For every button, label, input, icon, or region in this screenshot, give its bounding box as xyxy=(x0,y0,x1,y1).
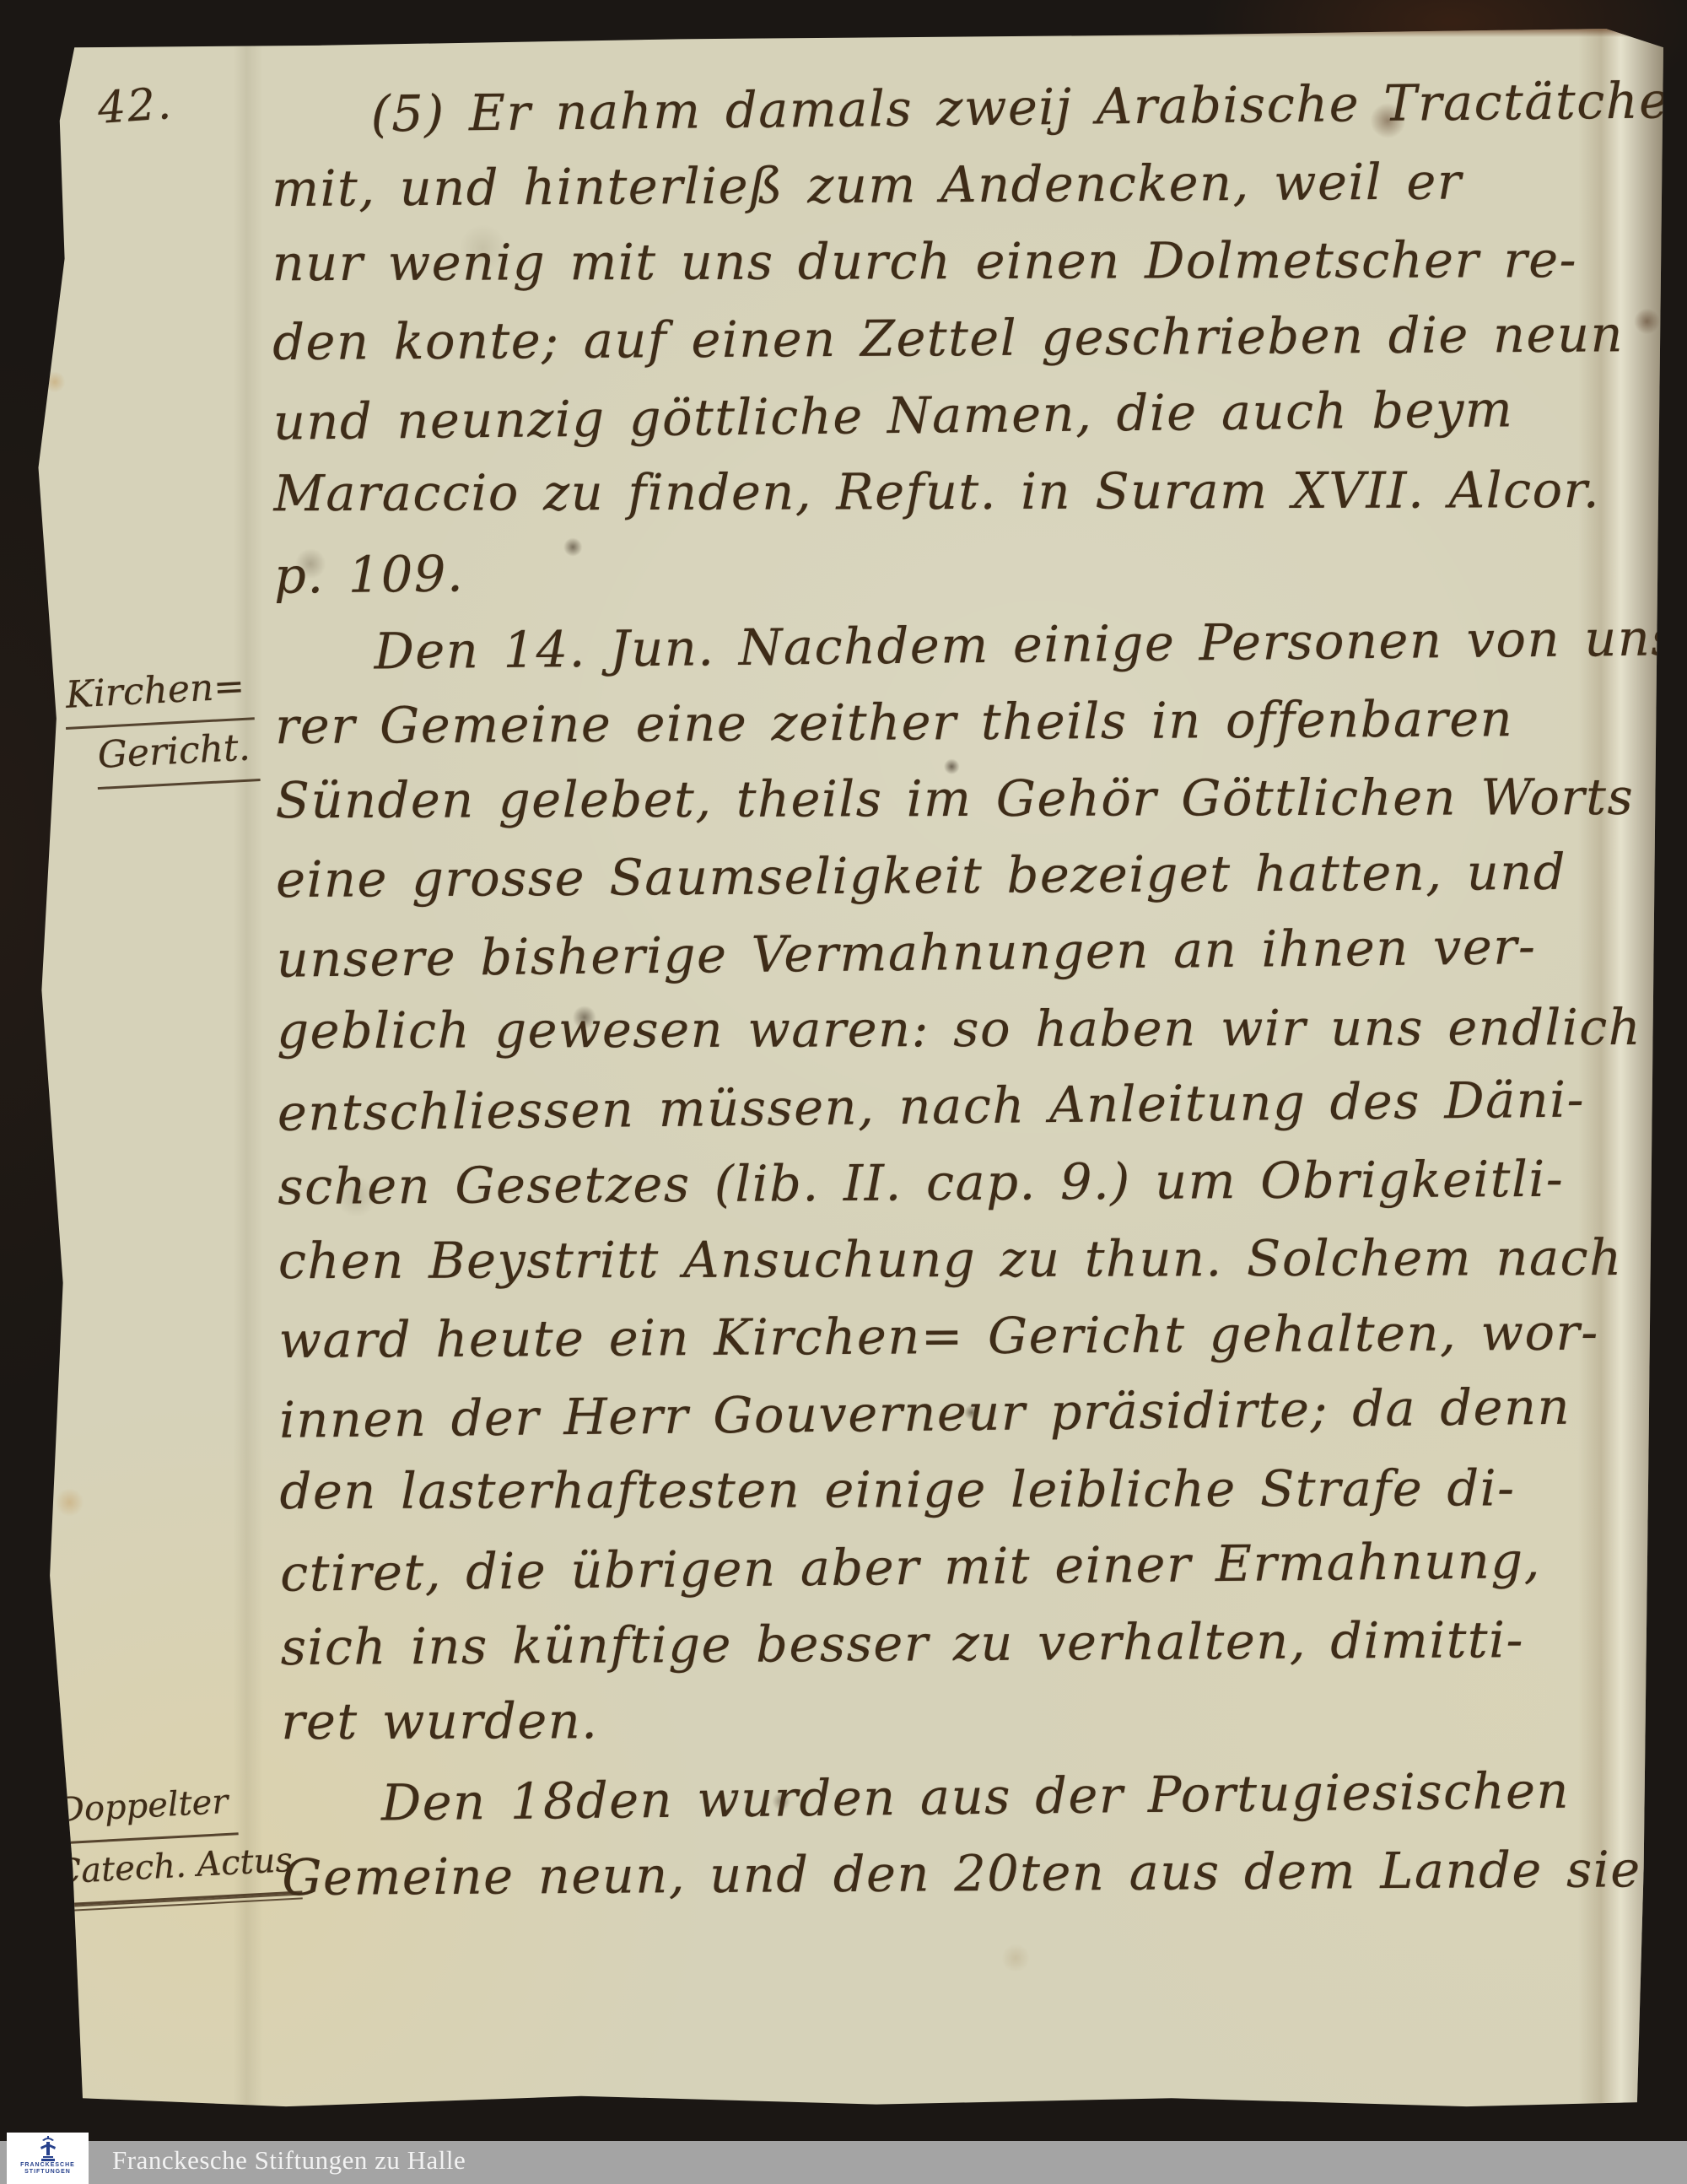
margin-note-kirchen-gericht: Kirchen= Gericht. xyxy=(62,658,260,791)
manuscript-line: ret wurden. xyxy=(281,1680,1685,1760)
paragraph: (5) Er nahm damals zweij Arabische Tract… xyxy=(271,65,1679,611)
margin-note-line: Kirchen= xyxy=(62,658,255,730)
margin-note-line: Gericht. xyxy=(94,720,261,790)
manuscript-line: nur wenig mit uns durch einen Dolmetsche… xyxy=(272,221,1677,301)
manuscript-line: geblich gewesen waren: so haben wir uns … xyxy=(277,989,1681,1069)
manuscript-line: schen Gesetzes (lib. II. cap. 9.) um Obr… xyxy=(278,1140,1683,1225)
franckesche-stiftungen-logo: FRANCKESCHE STIFTUNGEN xyxy=(7,2133,89,2184)
manuscript-line: innen der Herr Gouverneur präsidirte; da… xyxy=(279,1367,1684,1458)
manuscript-line: (5) Er nahm damals zweij Arabische Tract… xyxy=(271,62,1676,153)
manuscript-line: rer Gemeine eine zeither theils in offen… xyxy=(275,679,1680,764)
manuscript-line: entschliessen müssen, nach Anleitung des… xyxy=(277,1060,1682,1151)
manuscript-line: sich ins künftige besser zu verhalten, d… xyxy=(280,1600,1685,1685)
manuscript-line: den lasterhaftesten einige leibliche Str… xyxy=(279,1449,1684,1529)
manuscript-line: unsere bisherige Vermahnungen an ihnen v… xyxy=(276,906,1681,997)
manuscript-line: Sünden gelebet, theils im Gehör Göttlich… xyxy=(275,758,1679,839)
manuscript-line: p. 109. xyxy=(274,522,1679,613)
manuscript-page: 42. Kirchen= Gericht. Doppelter Catech. … xyxy=(24,29,1663,2119)
logo-caption-line: FRANCKESCHE xyxy=(20,2162,75,2169)
scan-viewport: 42. Kirchen= Gericht. Doppelter Catech. … xyxy=(0,0,1687,2184)
logo-caption: FRANCKESCHE STIFTUNGEN xyxy=(20,2162,75,2176)
footer-institution-label: Franckesche Stiftungen zu Halle xyxy=(112,2145,466,2176)
manuscript-line: Den 18den wurden aus der Portugiesischen xyxy=(281,1750,1686,1842)
margin-note-doppelter-catech-actus: Doppelter Catech. Actus xyxy=(54,1771,303,1912)
manuscript-line: ward heute ein Kirchen= Gericht gehalten… xyxy=(278,1293,1684,1378)
footer-bar: Franckesche Stiftungen zu Halle xyxy=(0,2141,1687,2184)
margin-note-line: Catech. Actus xyxy=(52,1831,303,1906)
eagle-sun-emblem-icon xyxy=(34,2135,62,2162)
manuscript-line: Den 14. Jun. Nachdem einige Personen von… xyxy=(274,599,1679,690)
manuscript-text: (5) Er nahm damals zweij Arabische Tract… xyxy=(271,65,1686,1916)
logo-caption-line: STIFTUNGEN xyxy=(20,2169,75,2176)
margin-note-line: Doppelter xyxy=(54,1773,238,1844)
manuscript-line: den konte; auf einen Zettel geschrieben … xyxy=(272,295,1678,380)
manuscript-line: mit, und hinterließ zum Andencken, weil … xyxy=(272,142,1677,227)
manuscript-line: Gemeine neun, und den 20ten aus dem Land… xyxy=(282,1831,1687,1916)
manuscript-line: Maraccio zu finden, Refut. in Suram XVII… xyxy=(273,451,1678,531)
page-number: 42. xyxy=(96,78,175,134)
paragraph: Den 18den wurden aus der Portugiesischen… xyxy=(282,1754,1687,1916)
manuscript-line: ctiret, die übrigen aber mit einer Ermah… xyxy=(280,1520,1685,1611)
manuscript-line: chen Beystritt Ansuchung zu thun. Solche… xyxy=(278,1219,1683,1299)
manuscript-line: eine grosse Saumseligkeit bezeiget hatte… xyxy=(276,833,1681,918)
paragraph: Den 14. Jun. Nachdem einige Personen von… xyxy=(274,602,1685,1762)
manuscript-line: und neunzig göttliche Namen, die auch be… xyxy=(272,369,1678,460)
